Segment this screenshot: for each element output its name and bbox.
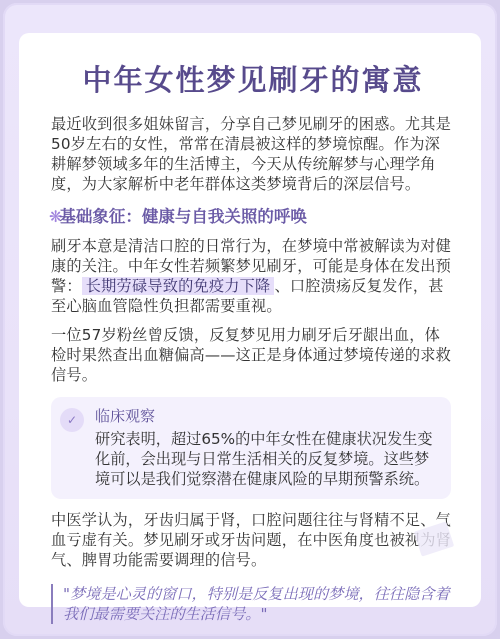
section-heading: ❋ 基础象征：健康与自我关照的呼唤 xyxy=(49,205,455,229)
callout-body: 研究表明，超过65%的中年女性在健康状况发生变化前，会出现与日常生活相关的反复梦… xyxy=(95,429,441,489)
highlighted-text: 长期劳碌导致的免疫力下降 xyxy=(82,277,275,295)
clinical-callout: ✓ 临床观察 研究表明，超过65%的中年女性在健康状况发生变化前，会出现与日常生… xyxy=(51,397,451,499)
quote-text: "梦境是心灵的窗口，特别是反复出现的梦境，往往隐含着我们最需要关注的生活信号。" xyxy=(63,585,450,623)
flower-icon: ❋ xyxy=(49,205,59,229)
intro-paragraph: 最近收到很多姐妹留言，分享自己梦见刷牙的困惑。尤其是50岁左右的女性，常常在清晨… xyxy=(51,114,455,194)
tcm-paragraph: 中医学认为，牙齿归属于肾，口腔问题往往与肾精不足、气血亏虚有关。梦见刷牙或牙齿问… xyxy=(51,510,455,570)
check-icon: ✓ xyxy=(60,408,84,432)
fan-feedback-paragraph: 一位57岁粉丝曾反馈，反复梦见用力刷牙后牙龈出血，体检时果然查出血糖偏高——这正… xyxy=(51,325,455,385)
quote-block: "梦境是心灵的窗口，特别是反复出现的梦境，往往隐含着我们最需要关注的生活信号。" xyxy=(51,584,455,624)
page-title: 中年女性梦见刷牙的寓意 xyxy=(51,60,455,100)
section-heading-text: 基础象征：健康与自我关照的呼唤 xyxy=(59,205,307,229)
symbolism-paragraph: 刷牙本意是清洁口腔的日常行为，在梦境中常被解读为对健康的关注。中年女性若频繁梦见… xyxy=(51,236,455,316)
article-card: 中年女性梦见刷牙的寓意 最近收到很多姐妹留言，分享自己梦见刷牙的困惑。尤其是50… xyxy=(19,33,481,607)
callout-title: 临床观察 xyxy=(95,405,155,426)
